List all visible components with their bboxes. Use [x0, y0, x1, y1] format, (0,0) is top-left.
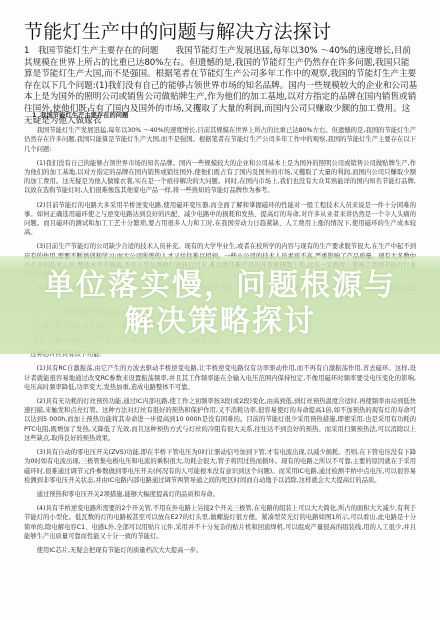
- section-2-paragraph: (2)具有无功耗的灯丝预热功能,通过IC内部电路,使工作之初频率按3段(或2段)…: [24, 397, 416, 443]
- document-title: 节能灯生产中的问题与解决方法探讨: [24, 17, 331, 44]
- section-2-paragraph: (3)具有自动的零电压开关(ZVS)功能,即在半桥下管电压为0时让驱动信号加到下…: [24, 448, 416, 485]
- overlay-banner-text: 单位落实慢，问题根源与 解决策略探讨: [0, 268, 440, 340]
- section-1-paragraph: (1)我们没有自己的能够占领世界市场的知名品牌。国内一些规模较大的企业和公司基本…: [24, 159, 416, 196]
- section-1-paragraph: 我国节能灯生产发展迅猛,每年以30% ～40%的速度增长,目前其规模在世界上所占…: [24, 126, 416, 154]
- section-1-number: 1: [24, 111, 38, 120]
- section-2-paragraph: 使用IC芯片,无疑会把现有节能灯的质量档次大大提高一步。: [24, 546, 416, 555]
- document-page: 节能灯生产中的问题与解决方法探讨 1 我国节能灯生产主要存在的问题 我国节能灯生…: [0, 0, 440, 620]
- section-1-heading: 1 我国节能灯生产主要存在的问题: [24, 111, 416, 120]
- section-1-paragraph: (2)目前节能灯的电路大多采用半桥逆变电路,使用磁环变压器,而全面了解和掌握磁环…: [24, 201, 416, 238]
- section-2-paragraph: 通过预热和零电压开关2项措施,能够大幅度提高灯的品质和寿命。: [24, 490, 416, 499]
- banner-line-1: 单位落实慢，问题根源与: [0, 268, 440, 304]
- banner-line-2: 解决策略探讨: [0, 304, 440, 340]
- section-2-paragraph: (4)具有半桥逆变电路所需要的2个开关管,不用在外电路上另接2个开关三极管,在电…: [24, 504, 416, 541]
- section-2-paragraph: (1)具有RC自激振荡,由它产生的方波去驱动半桥逆变电路,让半桥逆变电路仅有功率…: [24, 364, 416, 392]
- section-1-title: 我国节能灯生产主要存在的问题: [40, 112, 128, 119]
